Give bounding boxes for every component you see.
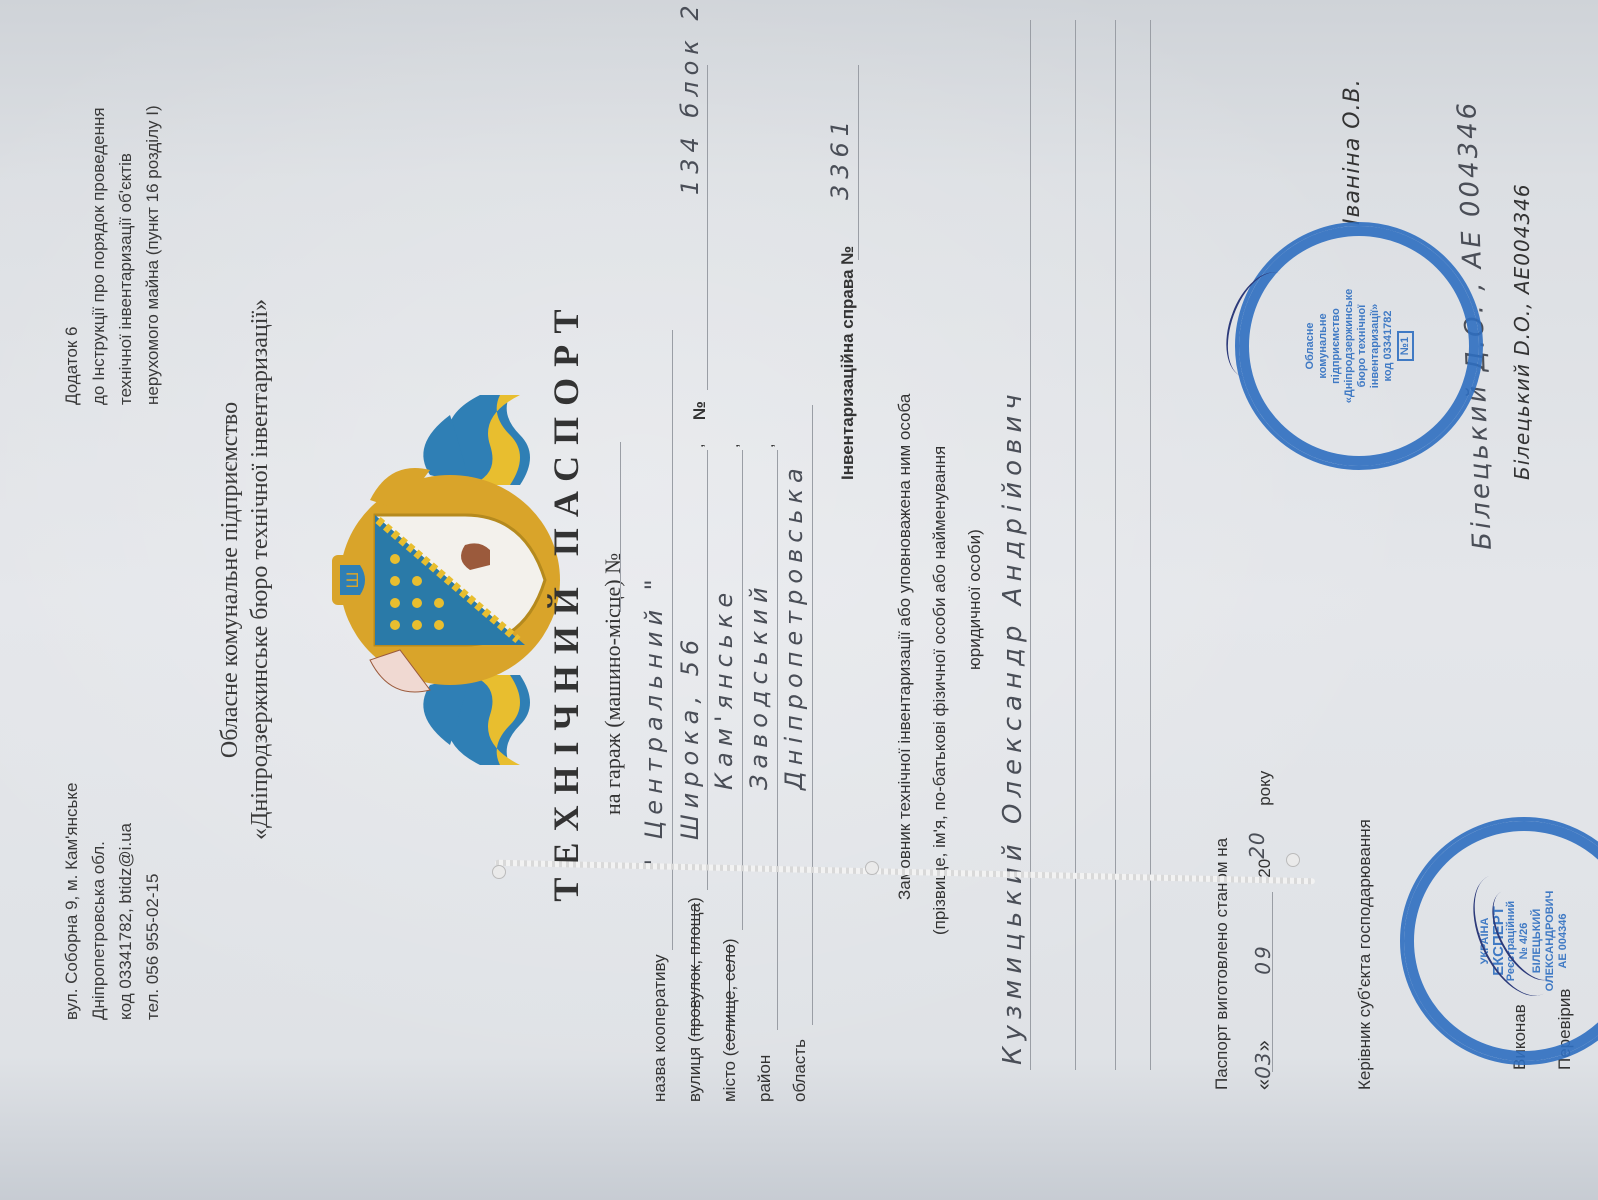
organization-line-1: Обласне комунальне підприємство [215, 320, 245, 840]
field-label-number: № [690, 401, 710, 420]
field-line [742, 450, 743, 930]
field-value-district[interactable]: Заводський [745, 581, 773, 790]
document-subtitle: на гараж (машино-місце) № [600, 553, 626, 815]
field-line [1030, 20, 1031, 1070]
inventory-case-value[interactable]: 3361 [826, 115, 854, 200]
field-label-district: район [755, 1055, 775, 1102]
label-struck: провулок, площа [685, 903, 704, 1037]
field-line [777, 450, 778, 1030]
stamp-line: код 03341782 [1382, 289, 1395, 403]
address-line: код 03341782, btidz@i.ua [112, 783, 139, 1020]
comma: , [725, 444, 743, 448]
field-value-region[interactable]: Дніпропетровська [780, 462, 808, 790]
comma: , [690, 444, 708, 448]
label-struck: селище, село [720, 944, 739, 1050]
field-value-street[interactable]: Широка, 56 [676, 634, 704, 840]
prepared-year-word: року [1255, 771, 1275, 806]
field-line [707, 450, 708, 890]
prepared-year-prefix: 20 [1255, 859, 1275, 878]
address-line: тел. 056 955-02-15 [139, 783, 166, 1020]
customer-label: Замовник технічної інвентаризації або уп… [895, 394, 915, 900]
field-line [1272, 892, 1273, 1072]
appendix-line: нерухомого майна (пункт 16 розділу І) [139, 105, 166, 405]
customer-hint-1: (прізвище, ім'я, по-батькові фізичної ос… [930, 446, 950, 935]
comma: , [760, 444, 778, 448]
label-part: вулиця ( [685, 1036, 704, 1102]
label-part: ) [685, 897, 704, 903]
stamp-line: комунальне [1317, 289, 1330, 403]
stamp-line: «Дніпродзержинське [1343, 289, 1356, 403]
field-line [1150, 20, 1151, 1070]
label-part: місто ( [720, 1051, 739, 1102]
appendix-line: технічної інвентаризації об'єктів [112, 105, 139, 405]
technical-passport-page: вул. Соборна 9, м. Кам'янське Дніпропетр… [0, 0, 1598, 1200]
thread-knot [492, 865, 506, 879]
field-line [1075, 20, 1076, 1070]
appendix-line: до Інструкції про порядок проведення [85, 105, 112, 405]
stamp-line: підприємство [1330, 289, 1343, 403]
field-label-region: область [790, 1039, 810, 1102]
field-value-city[interactable]: Кам'янське [710, 587, 738, 790]
stamp-line: АЕ 004346 [1557, 891, 1570, 992]
field-line [858, 65, 859, 260]
field-line [1115, 20, 1116, 1070]
executed-printed: Білецький D.O., АЕ004346 [1510, 183, 1534, 480]
coat-of-arms-emblem: Ш [330, 385, 570, 775]
quote: « [1253, 1079, 1275, 1090]
field-label-cooperative: назва кооперативу [650, 954, 670, 1102]
field-line [707, 65, 708, 390]
document-title: ТЕХНІЧНИЙ ПАСПОРТ [545, 0, 587, 1200]
thread-knot [1286, 853, 1300, 867]
thread-knot [865, 861, 879, 875]
stamp-line: Обласне [1304, 289, 1317, 403]
address-block: вул. Соборна 9, м. Кам'янське Дніпропетр… [58, 783, 166, 1020]
customer-value[interactable]: Кузмицький Олександр Андрійович [998, 388, 1028, 1065]
label-part: ) [720, 938, 739, 944]
stamp-number: №1 [1397, 331, 1414, 361]
field-line [672, 330, 673, 950]
organization-line-2: «Дніпродзержинське бюро технічної інвент… [245, 320, 275, 840]
inventory-case-label: Інвентаризаційна справа № [838, 246, 858, 480]
field-value-number[interactable]: 134 блок 2 [676, 0, 704, 195]
head-label: Керівник суб'єкта господарювання [1355, 819, 1375, 1090]
address-line: вул. Соборна 9, м. Кам'янське [58, 783, 85, 1020]
head-value: Іваніна О.В. [1340, 78, 1365, 225]
customer-hint-2: юридичної особи) [965, 529, 985, 670]
appendix-block: Додаток 6 до Інструкції про порядок пров… [58, 105, 166, 405]
stamp-line: бюро технічної [1356, 289, 1369, 403]
stamp-line: інвентаризації» [1369, 289, 1382, 403]
appendix-line: Додаток 6 [58, 105, 85, 405]
garage-number-line [620, 442, 621, 612]
field-line [812, 405, 813, 1025]
field-label-street: вулиця (провулок, площа) [685, 897, 705, 1102]
prepared-year-suffix[interactable]: 20 [1245, 831, 1269, 858]
svg-text:Ш: Ш [343, 571, 362, 588]
address-line: Дніпропетровська обл. [85, 783, 112, 1020]
field-value-cooperative[interactable]: " Центральний " [640, 573, 668, 870]
organization-name: Обласне комунальне підприємство «Дніпрод… [215, 320, 275, 840]
field-label-city: місто (селище, село) [720, 938, 740, 1102]
